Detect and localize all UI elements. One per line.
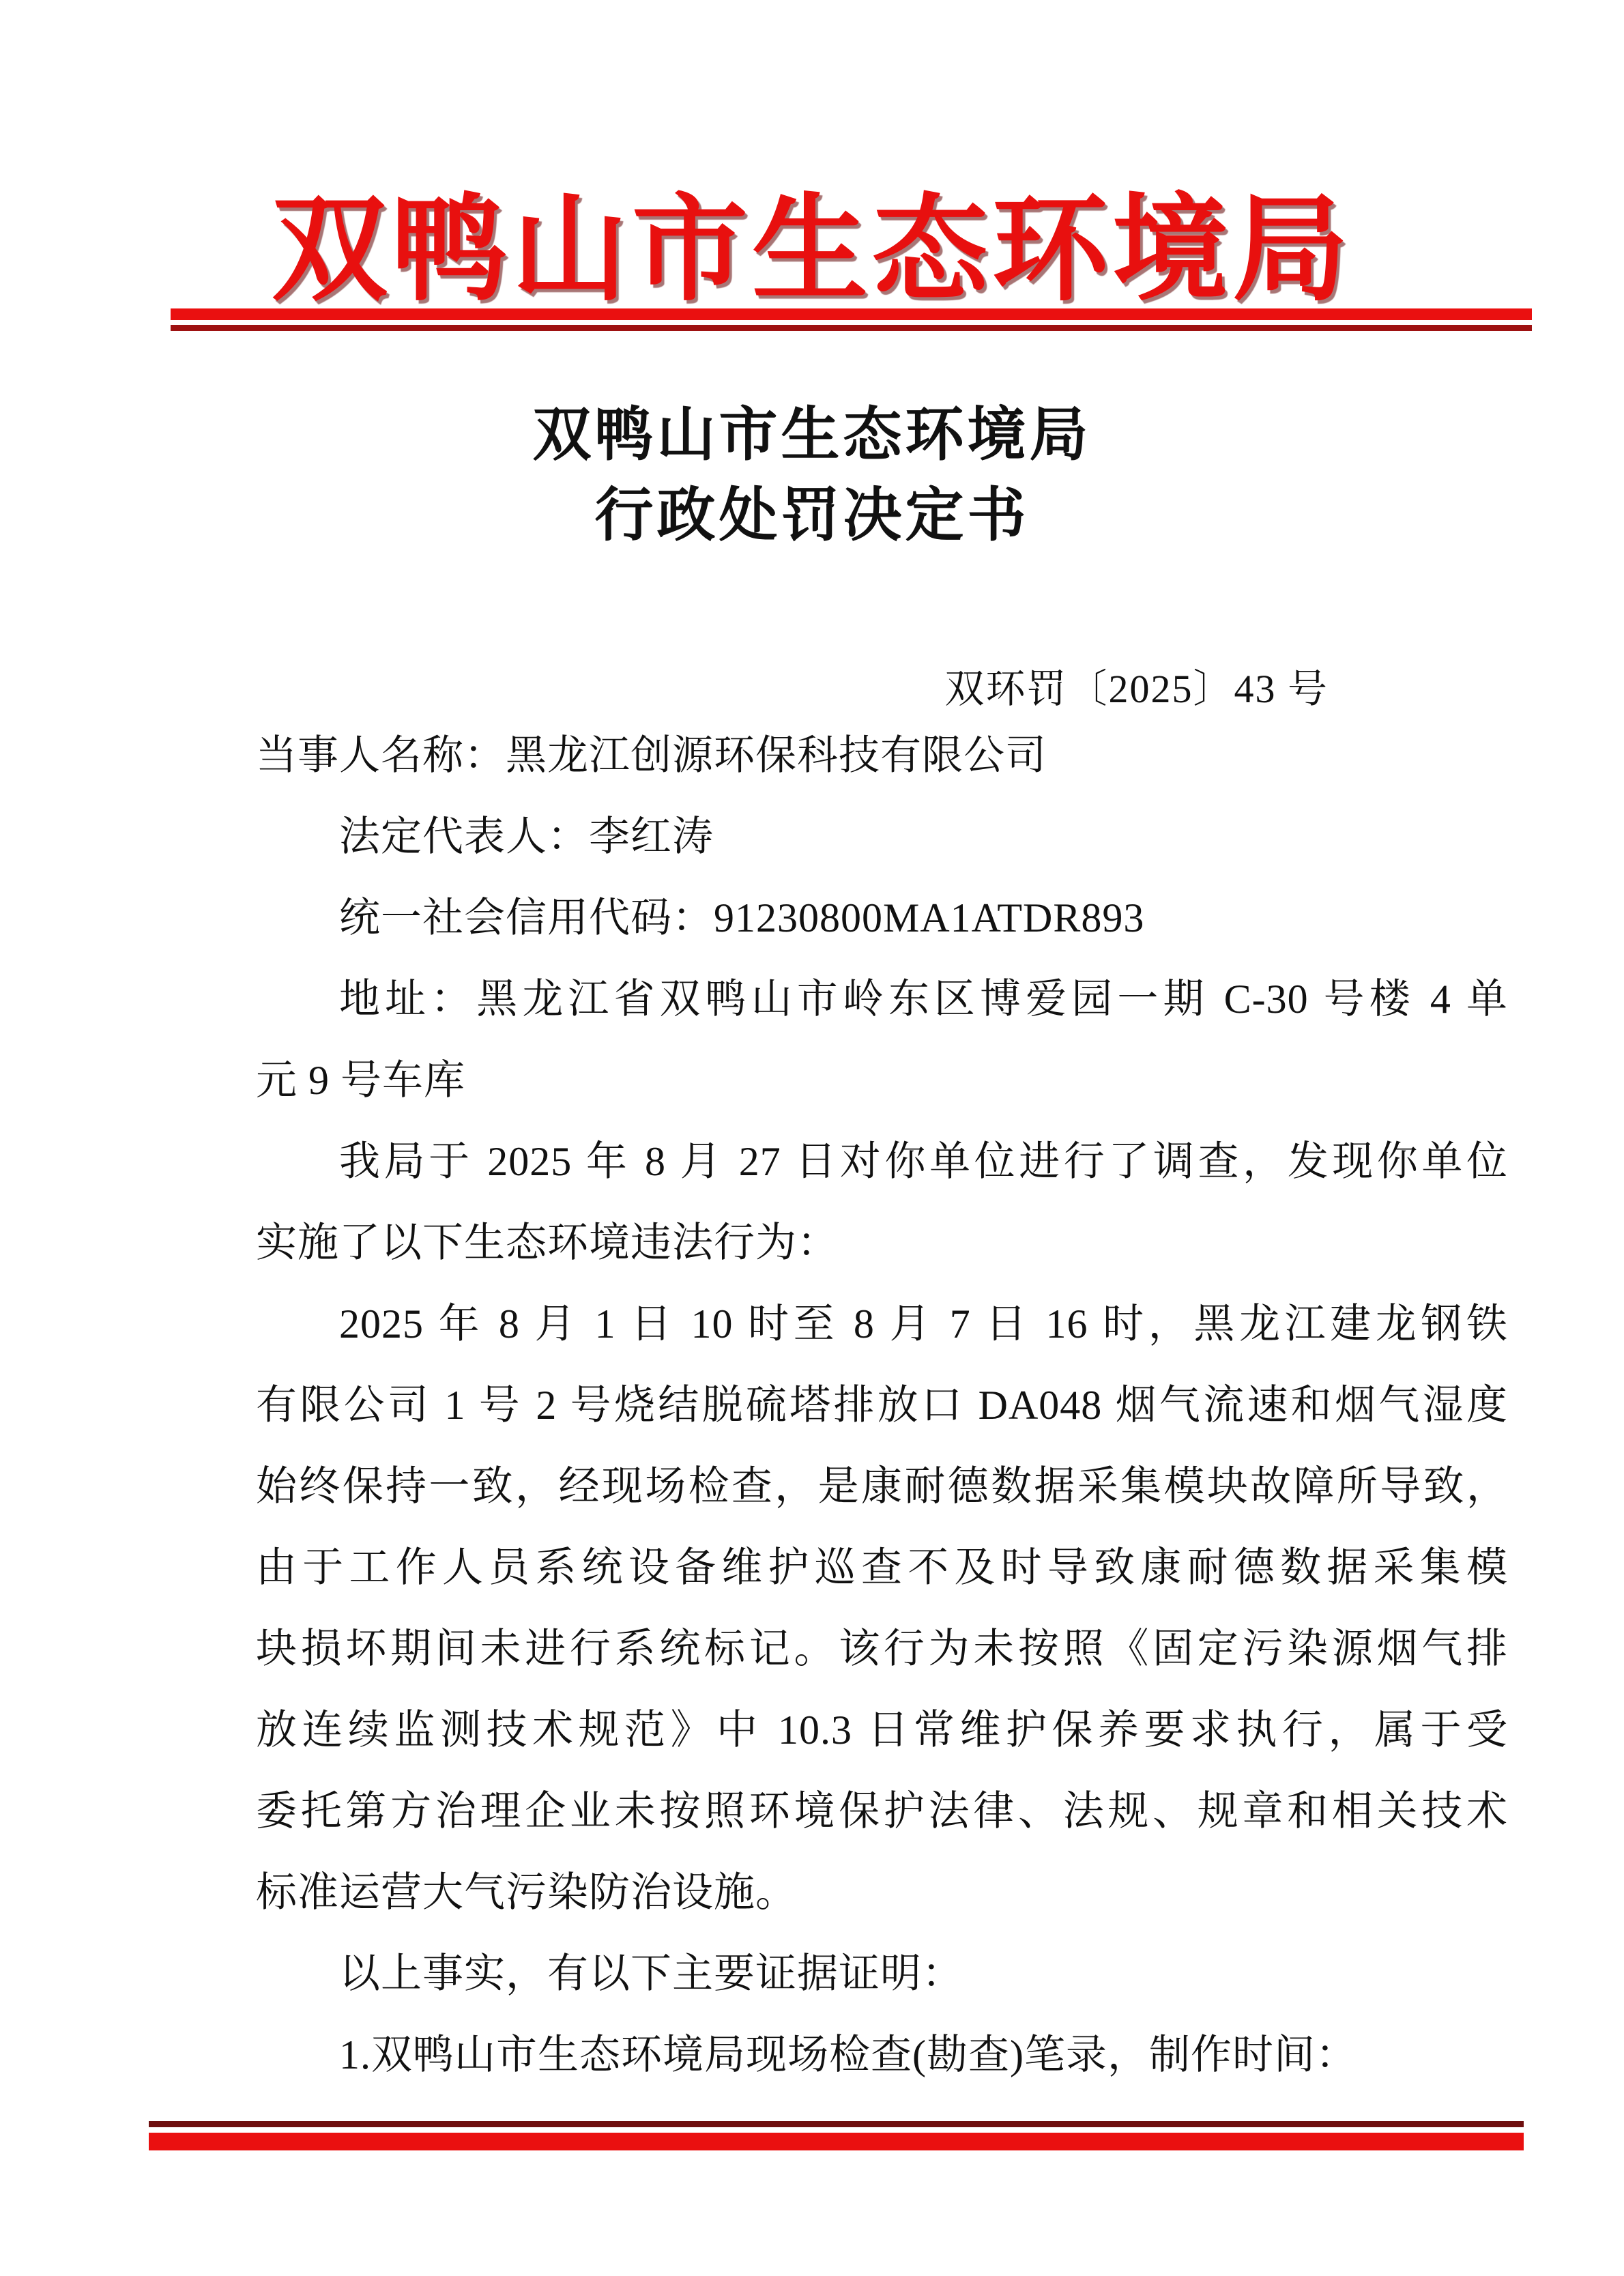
footer-rule-thick [149, 2133, 1524, 2150]
header-double-rule [171, 308, 1532, 331]
body-lines: 当事人名称：黑龙江创源环保科技有限公司法定代表人：李红涛统一社会信用代码：912… [256, 715, 1508, 2096]
document-line: 始终保持一致，经现场检查，是康耐德数据采集模块故障所导致， [256, 1446, 1508, 1527]
document-line: 标准运营大气污染防治设施。 [256, 1852, 1508, 1933]
header-rule-thin [171, 325, 1532, 331]
document-title: 双鸭山市生态环境局 行政处罚决定书 [0, 394, 1624, 556]
document-line: 当事人名称：黑龙江创源环保科技有限公司 [256, 715, 1508, 796]
document-title-line2: 行政处罚决定书 [0, 475, 1624, 556]
footer-rule-thin [149, 2121, 1524, 2127]
document-line: 2025 年 8 月 1 日 10 时至 8 月 7 日 16 时，黑龙江建龙钢… [256, 1284, 1508, 1365]
document-line: 1.双鸭山市生态环境局现场检查(勘查)笔录，制作时间： [256, 2015, 1508, 2096]
footer-double-rule [149, 2121, 1524, 2150]
header-rule-gap [171, 320, 1532, 325]
document-line: 块损坏期间未进行系统标记。该行为未按照《固定污染源烟气排 [256, 1609, 1508, 1690]
document-line: 法定代表人：李红涛 [256, 796, 1508, 878]
document-line: 我局于 2025 年 8 月 27 日对你单位进行了调查，发现你单位 [256, 1121, 1508, 1202]
agency-header-title: 双鸭山市生态环境局 [0, 156, 1624, 323]
document-title-line1: 双鸭山市生态环境局 [0, 394, 1624, 475]
document-line: 由于工作人员系统设备维护巡查不及时导致康耐德数据采集模 [256, 1527, 1508, 1609]
document-line: 放连续监测技术规范》中 10.3 日常维护保养要求执行，属于受 [256, 1690, 1508, 1771]
header-rule-thick [171, 308, 1532, 320]
footer-rule-gap [149, 2127, 1524, 2133]
document-line: 以上事实，有以下主要证据证明： [256, 1933, 1508, 2015]
document-line: 委托第方治理企业未按照环境保护法律、法规、规章和相关技术 [256, 1771, 1508, 1852]
document-line: 有限公司 1 号 2 号烧结脱硫塔排放口 DA048 烟气流速和烟气湿度 [256, 1365, 1508, 1446]
document-number: 双环罚〔2025〕43 号 [0, 657, 1329, 714]
penalty-decision-document: 双鸭山市生态环境局 双鸭山市生态环境局 行政处罚决定书 双环罚〔2025〕43 … [0, 0, 1624, 2276]
document-line: 元 9 号车库 [256, 1040, 1508, 1121]
document-line: 统一社会信用代码：91230800MA1ATDR893 [256, 878, 1508, 959]
document-line: 实施了以下生态环境违法行为： [256, 1202, 1508, 1284]
document-line: 地址：黑龙江省双鸭山市岭东区博爱园一期 C-30 号楼 4 单 [256, 959, 1508, 1040]
